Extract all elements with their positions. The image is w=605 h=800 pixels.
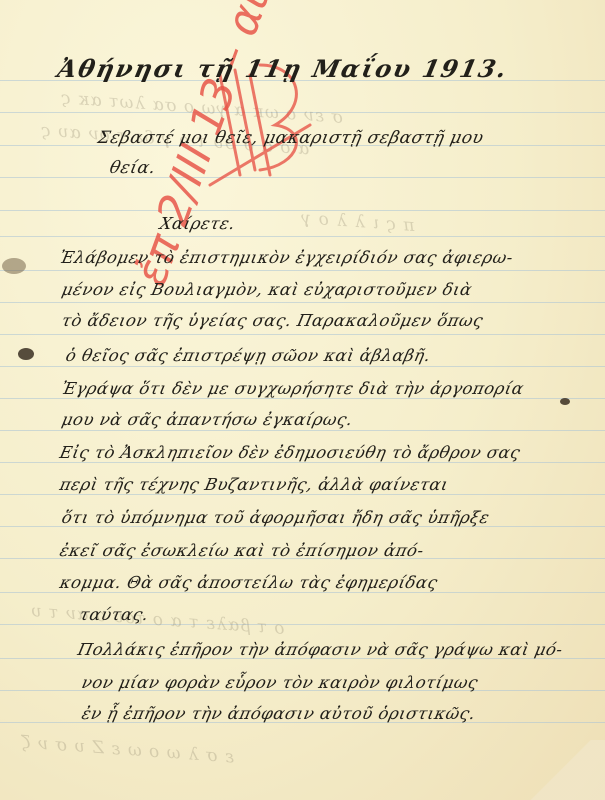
ruled-line [0, 366, 605, 367]
greeting: Χαίρετε. [158, 214, 237, 233]
body-line: ἐν ᾗ ἐπῆρον τὴν ἀπόφασιν αὐτοῦ ὁριστικῶς… [80, 704, 477, 723]
body-line: Εἰς τὸ Ἀσκληπιεῖον δὲν ἐδημοσιεύθη τὸ ἄρ… [58, 443, 522, 462]
bleed-through-text: ε σ λ ω ο ω ε Ζ υ σ ν ζ [20, 733, 235, 768]
ink-blot [2, 258, 26, 274]
ink-blot [18, 348, 34, 360]
salutation-line-1: Σεβαστέ μοι θεῖε, μακαριστῇ σεβαστῇ μου [96, 128, 486, 148]
letter-dateline: Ἀθήνησι τῇ 11ῃ Μαΐου 1913. [55, 54, 511, 83]
ruled-line [0, 334, 605, 335]
body-line: κομμα. Θὰ σᾶς ἀποστείλω τὰς ἐφημερίδας [58, 573, 440, 592]
ruled-line [0, 592, 605, 593]
body-line: τὸ ἄδειον τῆς ὑγείας σας. Παρακαλοῦμεν ὅ… [60, 311, 485, 330]
body-line: Ἐλάβομεν τὸ ἐπιστημικὸν ἐγχειρίδιόν σας … [58, 248, 515, 267]
ruled-line [0, 270, 605, 271]
ruled-line [0, 236, 605, 237]
letter-page: σ εν ο ωκ α γω ο σα λωτ ακ ς α ο α σ ου … [0, 0, 605, 800]
salutation-line-2: θεία. [108, 158, 158, 178]
body-line: μου νὰ σᾶς ἀπαντήσω ἐγκαίρως. [60, 410, 355, 429]
body-line: Πολλάκις ἐπῆρον τὴν ἀπόφασιν νὰ σᾶς γράψ… [76, 640, 565, 659]
ink-blot [560, 398, 570, 405]
body-line: νον μίαν φορὰν εὗρον τὸν καιρὸν φιλοτίμω… [80, 673, 480, 692]
ruled-line [0, 494, 605, 495]
body-line: ὅτι τὸ ὑπόμνημα τοῦ ἀφορμῆσαι ἤδη σᾶς ὑπ… [60, 508, 491, 527]
ruled-line [0, 302, 605, 303]
body-line: ταύτας. [78, 605, 151, 624]
body-line: μένον εἰς Βουλιαγμὸν, καὶ εὐχαριστοῦμεν … [60, 280, 474, 299]
body-line: περὶ τῆς τέχνης Βυζαντινῆς, ἀλλὰ φαίνετα… [58, 475, 450, 494]
body-line: ὁ θεῖος σᾶς ἐπιστρέψῃ σῶον καὶ ἀβλαβῆ. [64, 346, 433, 365]
ruled-line [0, 398, 605, 399]
ruled-line [0, 462, 605, 463]
ruled-line [0, 430, 605, 431]
body-line: Ἐγράψα ὅτι δὲν με συγχωρήσητε διὰ τὴν ἀρ… [60, 379, 526, 398]
bleed-through-text: ο τ βαλε τ α ο του ο αν τ υ [30, 601, 286, 639]
bleed-through-text: π ς ι λ λ ο γ [299, 208, 415, 236]
body-line: ἐκεῖ σᾶς ἐσωκλείω καὶ τὸ ἐπίσημον ἀπό- [58, 541, 426, 560]
